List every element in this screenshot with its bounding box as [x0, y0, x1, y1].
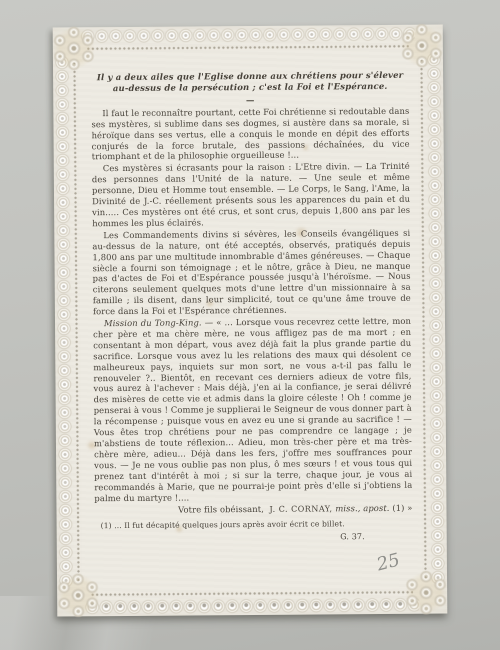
mission-heading: Mission du Tong-King. [104, 317, 202, 328]
perforation-line-left [73, 61, 80, 582]
epigraph-line-2: au-dessus de la persécution ; c'est la F… [91, 82, 409, 95]
signature-name: J. C. CORNAY, [269, 505, 332, 514]
lace-border-right [426, 52, 446, 585]
lace-border-bottom [85, 597, 419, 616]
corner-rosette-bottom-left [56, 573, 100, 617]
perforation-line-bottom [91, 591, 413, 597]
signature-title: miss., apost. [335, 503, 389, 513]
printed-text-block: Il y a deux ailes que l'Eglise donne aux… [91, 71, 413, 546]
corner-rosette-top-left [52, 26, 96, 70]
lace-border-top [81, 26, 415, 45]
body-paragraph-4: Mission du Tong-King. — « ... Lorsque vo… [93, 316, 412, 504]
photo-backdrop: Il y a deux ailes que l'Eglise donne aux… [0, 0, 500, 650]
footnote: (1) ... Il fut décapité quelques jours a… [95, 519, 413, 532]
signature-line: Votre fils obéissant, J. C. CORNAY, miss… [94, 503, 412, 517]
signature-prefix: Votre fils obéissant, [178, 504, 264, 515]
plate-reference: G. 37. [95, 532, 413, 545]
separator-dash: — [91, 95, 409, 105]
body-paragraph-3: Les Commandements divins si sévères, les… [92, 228, 411, 318]
body-paragraph-1: Il faut le reconnaître pourtant, cette F… [91, 106, 409, 163]
corner-rosette-bottom-right [404, 570, 448, 614]
perforation-line-top [87, 45, 409, 51]
holy-card: Il y a deux ailes que l'Eglise donne aux… [53, 24, 448, 616]
pencil-inventory-number: 25 [375, 549, 402, 575]
body-paragraph-2: Ces mystères si écrasants pour la raison… [92, 161, 411, 229]
corner-rosette-top-right [400, 23, 444, 67]
signature-footnote-mark: (1) » [392, 503, 412, 513]
lace-border-left [54, 55, 74, 588]
mission-letter-text: — « ... Lorsque vous recevrez cette lett… [93, 316, 412, 503]
